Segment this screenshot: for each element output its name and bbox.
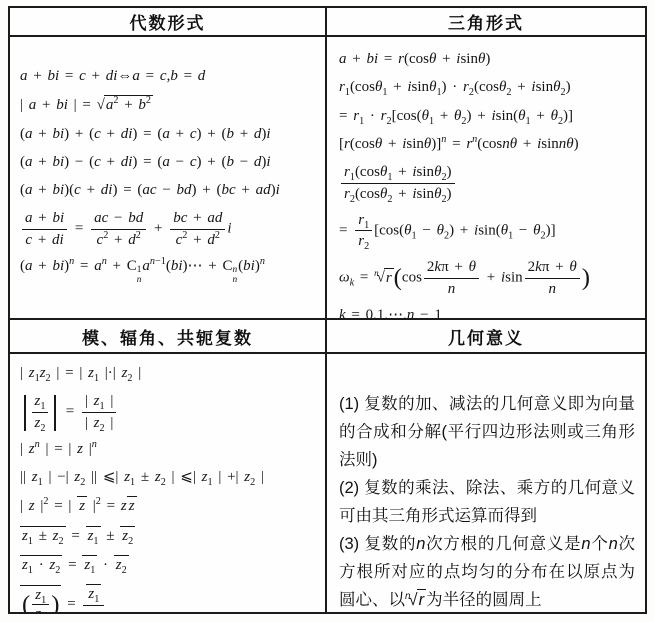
geometric-meaning-item-3: (3) 复数的n次方根的几何意义是n个n次方根所对应的点均匀的分布在以原点为圆心… [339,530,635,612]
formula-modulus-definition: | a + bi | = √a2 + b2 [20,95,319,115]
formula-nth-roots: ωk = n√r(cos2kπ + θn + isin2kπ + θn) [339,258,639,299]
section-trigonometric-formulas: a + bi = r(cosθ + isinθ) r1(cosθ1 + isin… [327,37,645,320]
formula-modulus-quotient: z1z2 = | z1 || z2 | [20,392,319,433]
section-modulus-formulas: | z1z2 | = | z1 |·| z2 | z1z2 = | z1 || … [10,354,327,612]
formula-modulus-power: | zn | = | z |n [20,440,319,459]
header-modulus-argument-conjugate-label: 模、辐角、共轭复数 [82,324,253,349]
section-algebraic-formulas: a + bi = c + di⇔a = c,b = d | a + bi | =… [10,37,327,320]
header-trigonometric-form: 三角形式 [327,8,645,37]
formula-conjugate-product: z1 · z2 = z1 · z2 [20,555,319,575]
formula-equality-condition: a + bi = c + di⇔a = c,b = d [20,67,319,86]
formula-division: a + bic + di = ac − bdc2 + d2 + bc + adc… [20,209,319,250]
formula-trig-form: a + bi = r(cosθ + isinθ) [339,50,639,69]
formula-modulus-product: | z1z2 | = | z1 |·| z2 | [20,364,319,383]
header-algebraic-form-label: 代数形式 [130,9,206,34]
geometric-meaning-item-2: (2) 复数的乘法、除法、乘方的几何意义可由其三角形式运算而得到 [339,474,635,530]
geometric-meaning-item-1: (1) 复数的加、减法的几何意义即为向量的合成和分解(平行四边形法则或三角形法则… [339,390,635,474]
header-geometric-meaning-label: 几何意义 [448,324,524,349]
header-algebraic-form: 代数形式 [10,8,327,37]
formula-trig-product-lhs: r1(cosθ1 + isinθ1) · r2(cosθ2 + isinθ2) [339,78,639,97]
formula-de-moivre: [r(cosθ + isinθ)]n = rn(cosnθ + isinnθ) [339,135,639,154]
header-trigonometric-form-label: 三角形式 [448,9,524,34]
header-geometric-meaning: 几何意义 [327,320,645,354]
header-modulus-argument-conjugate: 模、辐角、共轭复数 [10,320,327,354]
formula-trig-quotient-lhs: r1(cosθ1 + isinθ2)r2(cosθ2 + isinθ2) [339,163,639,204]
formula-table: 代数形式 三角形式 a + bi = c + di⇔a = c,b = d | … [8,6,647,614]
section-geometric-meaning: (1) 复数的加、减法的几何意义即为向量的合成和分解(平行四边形法则或三角形法则… [327,354,645,612]
formula-binomial-power: (a + bi)n = an + C1nan−1(bi)⋯ + Cnn(bi)n [20,257,319,286]
formula-addition: (a + bi) + (c + di) = (a + c) + (b + d)i [20,125,319,144]
formula-multiplication: (a + bi)(c + di) = (ac − bd) + (bc + ad)… [20,181,319,200]
formula-trig-quotient-rhs: = r1r2[cos(θ1 − θ2) + isin(θ1 − θ2)] [339,211,639,252]
formula-conjugate-quotient: (z1z2) = z1z2 [20,584,319,612]
formula-trig-product-rhs: = r1 · r2[cos(θ1 + θ2) + isin(θ1 + θ2)] [339,107,639,126]
formula-triangle-inequality: || z1 | −| z2 || ⩽| z1 ± z2 | ⩽| z1 | +|… [20,468,319,487]
complex-number-formula-page: 代数形式 三角形式 a + bi = c + di⇔a = c,b = d | … [0,0,654,622]
formula-modulus-conjugate: | z |2 = | z |2 = zz [20,496,319,516]
formula-root-index-range: k = 0,1,⋯,n − 1 [339,306,639,321]
formula-conjugate-sum: z1 ± z2 = z1 ± z2 [20,526,319,546]
formula-subtraction: (a + bi) − (c + di) = (a − c) + (b − d)i [20,153,319,172]
